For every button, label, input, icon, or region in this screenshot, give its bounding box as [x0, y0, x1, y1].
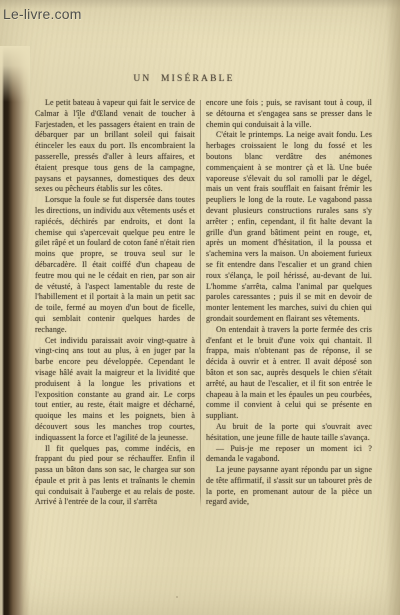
paragraph-left-3: Cet individu paraissait avoir vingt-quat…: [35, 336, 195, 444]
paragraph-right-4: Au bruit de la porte qui s'ouvrait avec …: [206, 422, 372, 444]
paragraph-right-5: La jeune paysanne ayant répondu par un s…: [206, 465, 372, 508]
paragraph-right-2: C'était le printemps. La neige avait fon…: [206, 130, 372, 324]
page-title: UN MISÉRABLE: [104, 74, 264, 84]
paper-speck: [176, 596, 178, 598]
text-columns: Le petit bateau à vapeur qui fait le ser…: [35, 98, 372, 508]
paper-speck: [78, 117, 80, 119]
text-column-right: encore une fois ; puis, se ravisant tout…: [206, 98, 372, 508]
book-gutter-shadow: [0, 46, 30, 615]
paragraph-right-3: On entendait à travers la porte fermée d…: [206, 325, 372, 422]
book-page-scan: Le-livre.com UN MISÉRABLE Le petit batea…: [0, 0, 400, 615]
paper-speck: [56, 171, 58, 172]
column-divider-rule: [200, 100, 201, 508]
text-column-left: Le petit bateau à vapeur qui fait le ser…: [35, 98, 195, 508]
paragraph-right-1: encore une fois ; puis, se ravisant tout…: [206, 98, 372, 130]
paragraph-right-dialogue: — Puis-je me reposer un moment ici ? dem…: [206, 444, 372, 466]
paragraph-left-4: Il fit quelques pas, comme indécis, en f…: [35, 444, 195, 509]
paragraph-left-1: Le petit bateau à vapeur qui fait le ser…: [35, 98, 195, 195]
watermark: Le-livre.com: [3, 6, 82, 22]
paragraph-left-2: Lorsque la foule se fut dispersée dans t…: [35, 195, 195, 335]
page-right-edge-shadow: [386, 0, 400, 615]
